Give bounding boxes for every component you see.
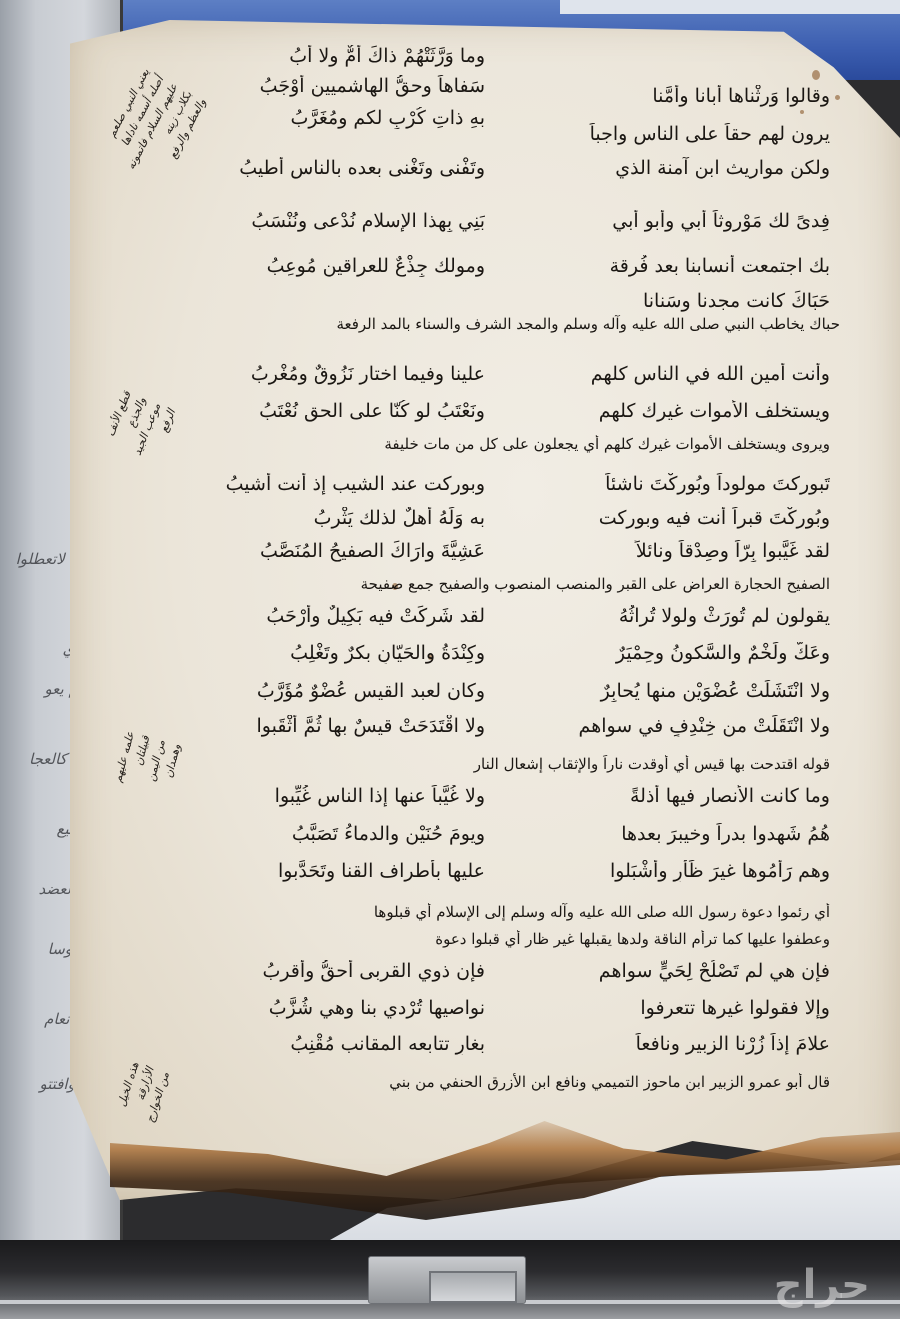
- verse-hemistich-right: ولا انْتَشَلَتْ عُضْوَيْنِ منها يُحابِرٌ: [520, 680, 830, 702]
- metal-clasp: [368, 1256, 526, 1304]
- verse-line: وإلا فقولوا غيرها تتعرفوا نواصيها تُرْدي…: [180, 997, 830, 1029]
- verse-hemistich-left: سَفاهاً وحقُّ الهاشميين أَوْجَبُ: [185, 75, 485, 97]
- verse-hemistich-left: به وَلَهُ أهلٌ لذلك يَثْرِبُ: [185, 507, 485, 529]
- verse-line: وأنت أمين الله في الناس كلهم علينا وفيما…: [180, 363, 830, 395]
- verse-hemistich-left: وبوركت عند الشيب إذ أنت أشيبُ: [185, 473, 485, 495]
- verse-hemistich-right: علامَ إذاً زُرْنا الزبير ونافعاً: [520, 1033, 830, 1055]
- verse-hemistich-right: وما كانت الأنصار فيها أذلةً: [520, 785, 830, 807]
- verse-hemistich-left: ونَعْتَبُ لو كُنّا على الحق نُعْتَبُ: [185, 400, 485, 422]
- verse-line: وقالوا وَرِثْناها أبانا وأُمَّنا سَفاهاً…: [180, 75, 830, 107]
- verse-line: وهم رَأَمُوها غيرَ ظَأْرٍ وأَشْبَلوا علي…: [180, 860, 830, 892]
- verse-line: لقد غَيَّبوا بِرّاً وصِدْقاً ونائلاً عَش…: [180, 540, 830, 572]
- verse-hemistich-left: لقد شَرِكَتْ فيه بَكِيلٌ وأَرْحَبُ: [185, 605, 485, 627]
- verse-line: بك اجتمعت أنسابنا بعد فُرقة ومولك جِذْعٌ…: [180, 255, 830, 287]
- verse-hemistich-right: ولكن مواريث ابن آمنة الذي: [520, 157, 830, 179]
- verse-line: يرون لهم حقاً على الناس واجباً بهِ ذاتِ …: [180, 107, 830, 139]
- verse-hemistich-right: ولا انْتَقَلَتْ من خِنْدِفٍ في سواهم: [520, 715, 830, 737]
- verse-hemistich-right: فإن هي لم تَصْلُحْ لِحَيٍّ سواهم: [520, 960, 830, 982]
- backdrop-strip: [560, 0, 900, 14]
- verse-hemistich-left: بَنِي بِهذا الإسلام نُدْعى ونُنْسَبُ: [185, 210, 485, 232]
- verse-hemistich-right: يرون لهم حقاً على الناس واجباً: [520, 123, 830, 145]
- clasp-slot: [429, 1271, 517, 1303]
- verse-hemistich-right: لقد غَيَّبوا بِرّاً وصِدْقاً ونائلاً: [520, 540, 830, 562]
- verse-line: علامَ إذاً زُرْنا الزبير ونافعاً بغارٍ ت…: [180, 1033, 830, 1065]
- watermark-logo: حراج: [774, 1262, 870, 1308]
- foxing-spot: [835, 95, 840, 100]
- verse-line: ولا انْتَقَلَتْ من خِنْدِفٍ في سواهم ولا…: [180, 715, 830, 747]
- verse-hemistich-left: بهِ ذاتِ كُرْبٍ لكم ومُغَرَّبُ: [185, 107, 485, 129]
- commentary-line: الصفيح الحجارة العراض على القبر والمنصب …: [180, 575, 830, 593]
- verse-line: وعَكٌّ ولَخْمٌ والسَّكونُ وحِمْيَرٌ وكِن…: [180, 642, 830, 674]
- verse-hemistich-left: فإن ذوي القربى أحقُّ وأقربُ: [185, 960, 485, 982]
- verse-hemistich-right: وقالوا وَرِثْناها أبانا وأُمَّنا: [520, 85, 830, 107]
- verse-hemistich-right: يقولون لم تُورَثْ ولولا تُراثُهُ: [520, 605, 830, 627]
- verse-hemistich-right: وهم رَأَمُوها غيرَ ظَأْرٍ وأَشْبَلوا: [520, 860, 830, 882]
- verse-hemistich-right: حَبَاكَ كانت مجدنا وسَنانا: [520, 290, 830, 312]
- verse-hemistich-right: بك اجتمعت أنسابنا بعد فُرقة: [520, 255, 830, 277]
- verse-line: وبُورِكْتَ قبراً أنت فيه وبوركت به وَلَه…: [180, 507, 830, 539]
- manuscript-text: وما وَرَّثَتْهُمْ ذاكَ أُمٌّ ولا أَبُ وق…: [180, 45, 830, 1105]
- verse-hemistich-right: هُمُ شَهِدوا بدراً وخيبرَ بعدها: [520, 823, 830, 845]
- verse-line: ولا انْتَشَلَتْ عُضْوَيْنِ منها يُحابِرٌ…: [180, 680, 830, 712]
- verse-hemistich-left: نواصيها تُرْدي بنا وهي شُزَّبُ: [185, 997, 485, 1019]
- verse-hemistich-left: وكان لعبد القيس عُضْوٌ مُؤَرَّبُ: [185, 680, 485, 702]
- verse-hemistich-left: وتَفْنى وتَغْنى بعده بالناس أطيبُ: [185, 157, 485, 179]
- verse-hemistich-left: ولا اقْتَدَحَتْ قيسٌ بها ثُمَّ أَثْقَبوا: [185, 715, 485, 737]
- verse-line: ويستخلف الأموات غيرك كلهم ونَعْتَبُ لو ك…: [180, 400, 830, 432]
- verse-line: يقولون لم تُورَثْ ولولا تُراثُهُ لقد شَر…: [180, 605, 830, 637]
- commentary-line: قال أبو عمرو الزبير ابن ماحوز التميمي ون…: [180, 1073, 830, 1091]
- commentary-line: حباك يخاطب النبي صلى الله عليه وآله وسلم…: [300, 315, 840, 333]
- verse-hemistich-left: ويومَ حُنَيْنٍ والدماءُ تَصَبَّبُ: [185, 823, 485, 845]
- commentary-line: أي رئموا دعوة رسول الله صلى الله عليه وآ…: [180, 903, 830, 921]
- verse-line: وما وَرَّثَتْهُمْ ذاكَ أُمٌّ ولا أَبُ: [180, 45, 830, 77]
- verse-line: وما كانت الأنصار فيها أذلةً ولا غُيَّباً…: [180, 785, 830, 817]
- verse-line: هُمُ شَهِدوا بدراً وخيبرَ بعدها ويومَ حُ…: [180, 823, 830, 855]
- verse-hemistich-right: فِدىً لك مَوْروثاً أبي وأبو أبي: [520, 210, 830, 232]
- commentary-line: وعطفوا عليها كما ترأم الناقة ولدها يقبله…: [180, 930, 830, 948]
- verse-hemistich-right: وبُورِكْتَ قبراً أنت فيه وبوركت: [520, 507, 830, 529]
- commentary-line: قوله اقتدحت بها قيس أي أوقدت ناراً والإث…: [180, 755, 830, 773]
- commentary-line: ويروى ويستخلف الأموات غيرك كلهم أي يجعلو…: [180, 435, 830, 453]
- verse-line: فِدىً لك مَوْروثاً أبي وأبو أبي بَنِي بِ…: [180, 210, 830, 242]
- verse-hemistich-left: وما وَرَّثَتْهُمْ ذاكَ أُمٌّ ولا أَبُ: [185, 45, 485, 67]
- verse-hemistich-left: ومولك جِذْعٌ للعراقين مُوعِبُ: [185, 255, 485, 277]
- verse-line: فإن هي لم تَصْلُحْ لِحَيٍّ سواهم فإن ذوي…: [180, 960, 830, 992]
- verse-hemistich-right: تَبوركتَ مولوداً وبُورِكْتَ ناشئاً: [520, 473, 830, 495]
- verse-hemistich-left: ولا غُيَّباً عنها إذا الناس غُيِّبوا: [185, 785, 485, 807]
- verse-hemistich-left: علينا وفيما اختار نَزُوقٌ ومُغْرِبُ: [185, 363, 485, 385]
- verse-line: تَبوركتَ مولوداً وبُورِكْتَ ناشئاً وبورك…: [180, 473, 830, 505]
- verse-hemistich-right: ويستخلف الأموات غيرك كلهم: [520, 400, 830, 422]
- verse-hemistich-left: وكِنْدَةُ والحَيّانِ بكرٌ وتَغْلِبُ: [185, 642, 485, 664]
- verse-hemistich-right: وإلا فقولوا غيرها تتعرفوا: [520, 997, 830, 1019]
- verse-line: ولكن مواريث ابن آمنة الذي وتَفْنى وتَغْن…: [180, 157, 830, 189]
- verse-hemistich-right: وأنت أمين الله في الناس كلهم: [520, 363, 830, 385]
- verse-hemistich-left: عَشِيَّةَ وارَاكَ الصفيحُ المُنَصَّبُ: [185, 540, 485, 562]
- verse-hemistich-left: عليها بأطراف القنا وتَحَدَّبوا: [185, 860, 485, 882]
- verse-hemistich-left: بغارٍ تتابعه المقانب مُقْنِبُ: [185, 1033, 485, 1055]
- verse-hemistich-right: وعَكٌّ ولَخْمٌ والسَّكونُ وحِمْيَرٌ: [520, 642, 830, 664]
